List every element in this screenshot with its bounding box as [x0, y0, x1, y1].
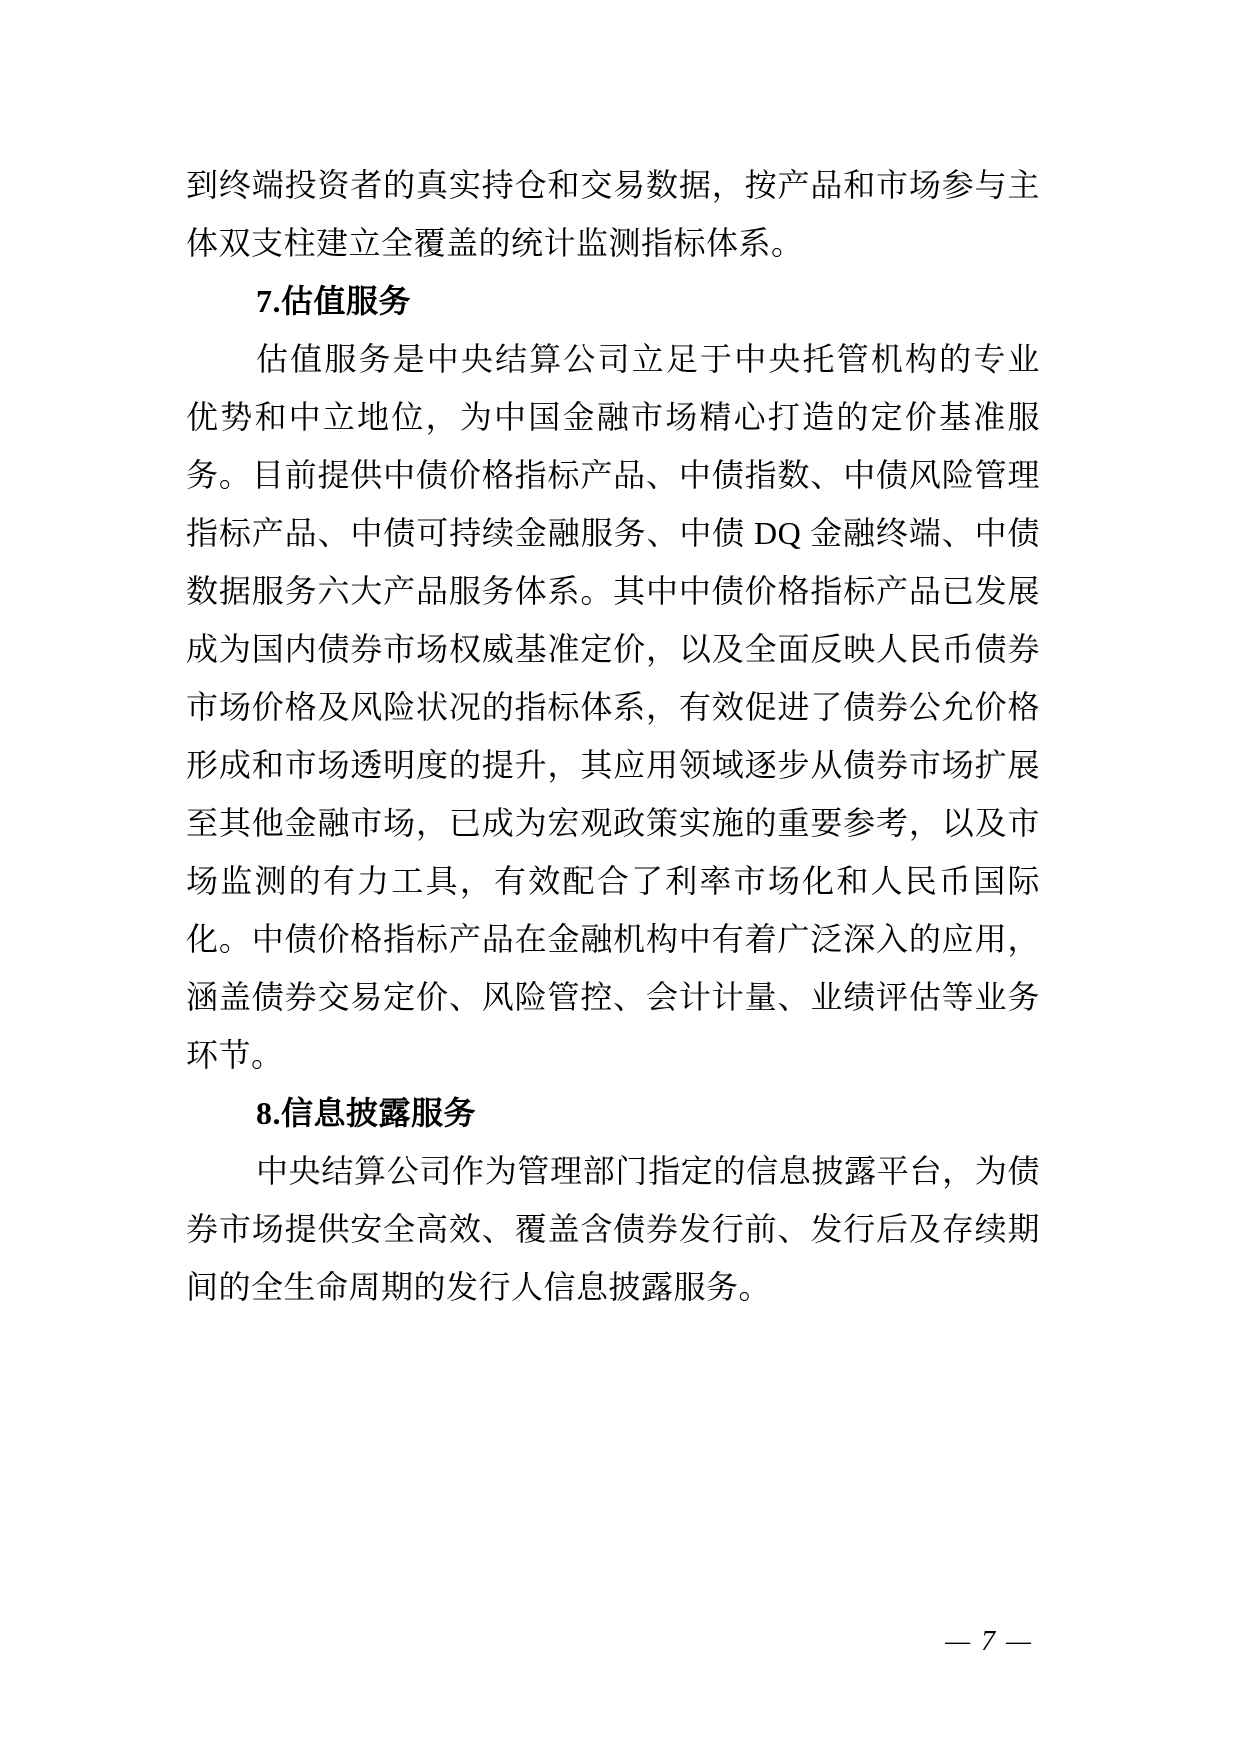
text-line: 估值服务是中央结算公司立足于中央托管机构的专业 — [186, 330, 1040, 388]
section-heading-8: 8.信息披露服务 — [186, 1084, 1040, 1142]
text-line: 成为国内债券市场权威基准定价，以及全面反映人民币债券 — [186, 620, 1040, 678]
text-line: 数据服务六大产品服务体系。其中中债价格指标产品已发展 — [186, 562, 1040, 620]
text-line: 市场价格及风险状况的指标体系，有效促进了债券公允价格 — [186, 678, 1040, 736]
text-line: 券市场提供安全高效、覆盖含债券发行前、发行后及存续期 — [186, 1200, 1040, 1258]
text-line: 环节。 — [186, 1026, 1040, 1084]
text-line: 至其他金融市场，已成为宏观政策实施的重要参考，以及市 — [186, 794, 1040, 852]
text-block: 到终端投资者的真实持仓和交易数据，按产品和市场参与主 体双支柱建立全覆盖的统计监… — [186, 156, 1040, 1316]
text-line: 场监测的有力工具，有效配合了利率市场化和人民币国际 — [186, 852, 1040, 910]
text-line: 务。目前提供中债价格指标产品、中债指数、中债风险管理 — [186, 446, 1040, 504]
text-line: 中央结算公司作为管理部门指定的信息披露平台，为债 — [186, 1142, 1040, 1200]
text-line: 优势和中立地位，为中国金融市场精心打造的定价基准服 — [186, 388, 1040, 446]
text-line: 体双支柱建立全覆盖的统计监测指标体系。 — [186, 214, 1040, 272]
text-line: 到终端投资者的真实持仓和交易数据，按产品和市场参与主 — [186, 156, 1040, 214]
text-line: 指标产品、中债可持续金融服务、中债 DQ 金融终端、中债 — [186, 504, 1040, 562]
text-line: 化。中债价格指标产品在金融机构中有着广泛深入的应用， — [186, 910, 1040, 968]
text-line: 形成和市场透明度的提升，其应用领域逐步从债券市场扩展 — [186, 736, 1040, 794]
text-line: 涵盖债券交易定价、风险管控、会计计量、业绩评估等业务 — [186, 968, 1040, 1026]
page-number: — 7 — — [945, 1620, 1033, 1664]
text-line: 间的全生命周期的发行人信息披露服务。 — [186, 1258, 1040, 1316]
document-page: 到终端投资者的真实持仓和交易数据，按产品和市场参与主 体双支柱建立全覆盖的统计监… — [0, 0, 1241, 1754]
section-heading-7: 7.估值服务 — [186, 272, 1040, 330]
